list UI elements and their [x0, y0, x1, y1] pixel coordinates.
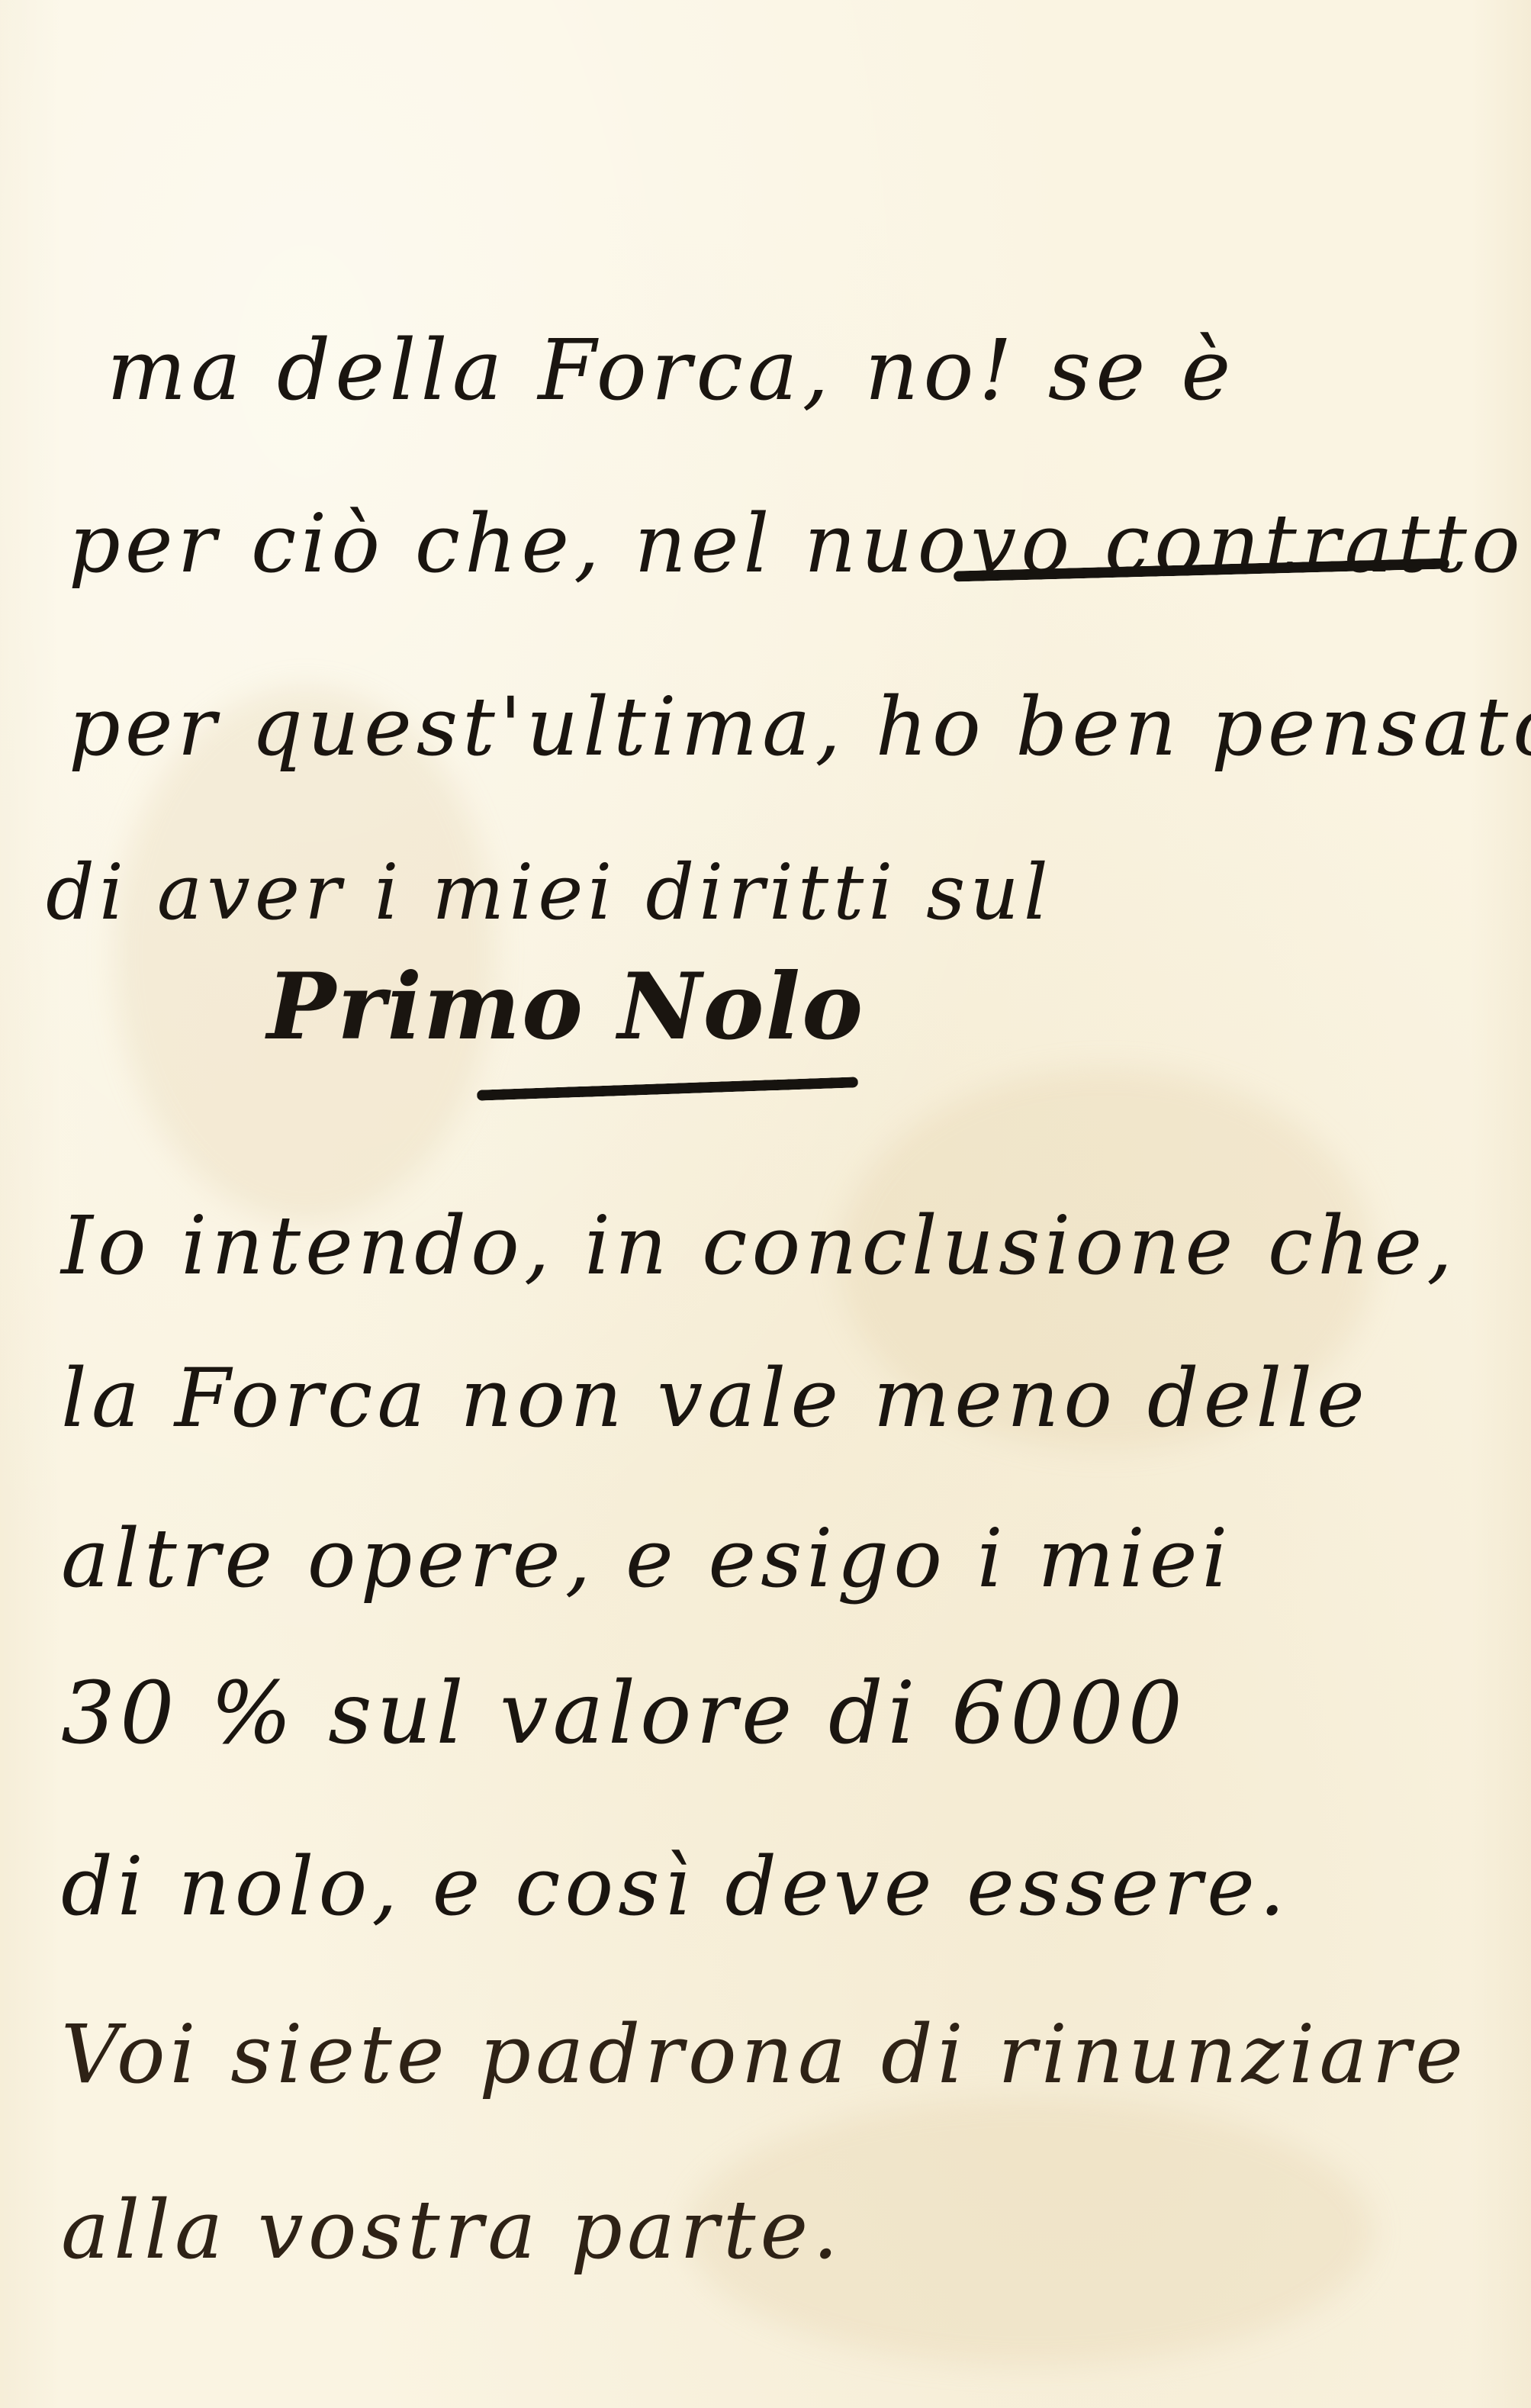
letter-line-10: di nolo, e così deve essere.: [61, 1846, 1290, 1927]
letter-heading-primo-nolo: Primo Nolo: [267, 961, 864, 1053]
letter-line-4: di aver i miei diritti sul: [46, 855, 1053, 931]
letter-line-7: la Forca non vale meno delle: [61, 1358, 1369, 1439]
underline-primo-nolo: [477, 1077, 858, 1100]
letter-line-1: ma della Forca, no! se è: [107, 328, 1235, 412]
letter-line-9: 30 % sul valore di 6000: [61, 1671, 1187, 1756]
letter-line-11: Voi siete padrona di rinunziare: [61, 2014, 1468, 2095]
letter-line-8: altre opere, e esigo i miei: [61, 1518, 1232, 1599]
letter-line-3: per quest'ultima, ho ben pensato: [69, 687, 1531, 768]
letter-line-6: Io intendo, in conclusione che,: [61, 1206, 1457, 1286]
letter-page: ma della Forca, no! se è per ciò che, ne…: [0, 0, 1531, 2408]
letter-line-12: alla vostra parte.: [61, 2190, 843, 2271]
